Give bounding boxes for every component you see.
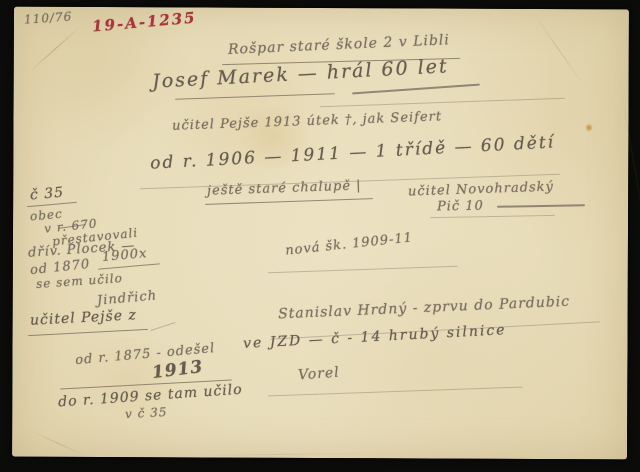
paper-stain — [585, 123, 592, 132]
scan-frame: 110/76 19-A-1235 Rošpar staré škole 2 v … — [0, 0, 640, 472]
paper-crease — [28, 26, 81, 73]
margin-c35: č 35 — [29, 185, 64, 204]
paper-crease — [533, 12, 585, 87]
paper-crease — [192, 453, 372, 456]
paper-crease — [31, 431, 86, 457]
note-pic: Pič 10 — [437, 199, 484, 215]
paper-crease — [619, 81, 640, 239]
note-vc35: v č 35 — [125, 405, 168, 421]
note-vorel: Vorel — [297, 365, 340, 384]
